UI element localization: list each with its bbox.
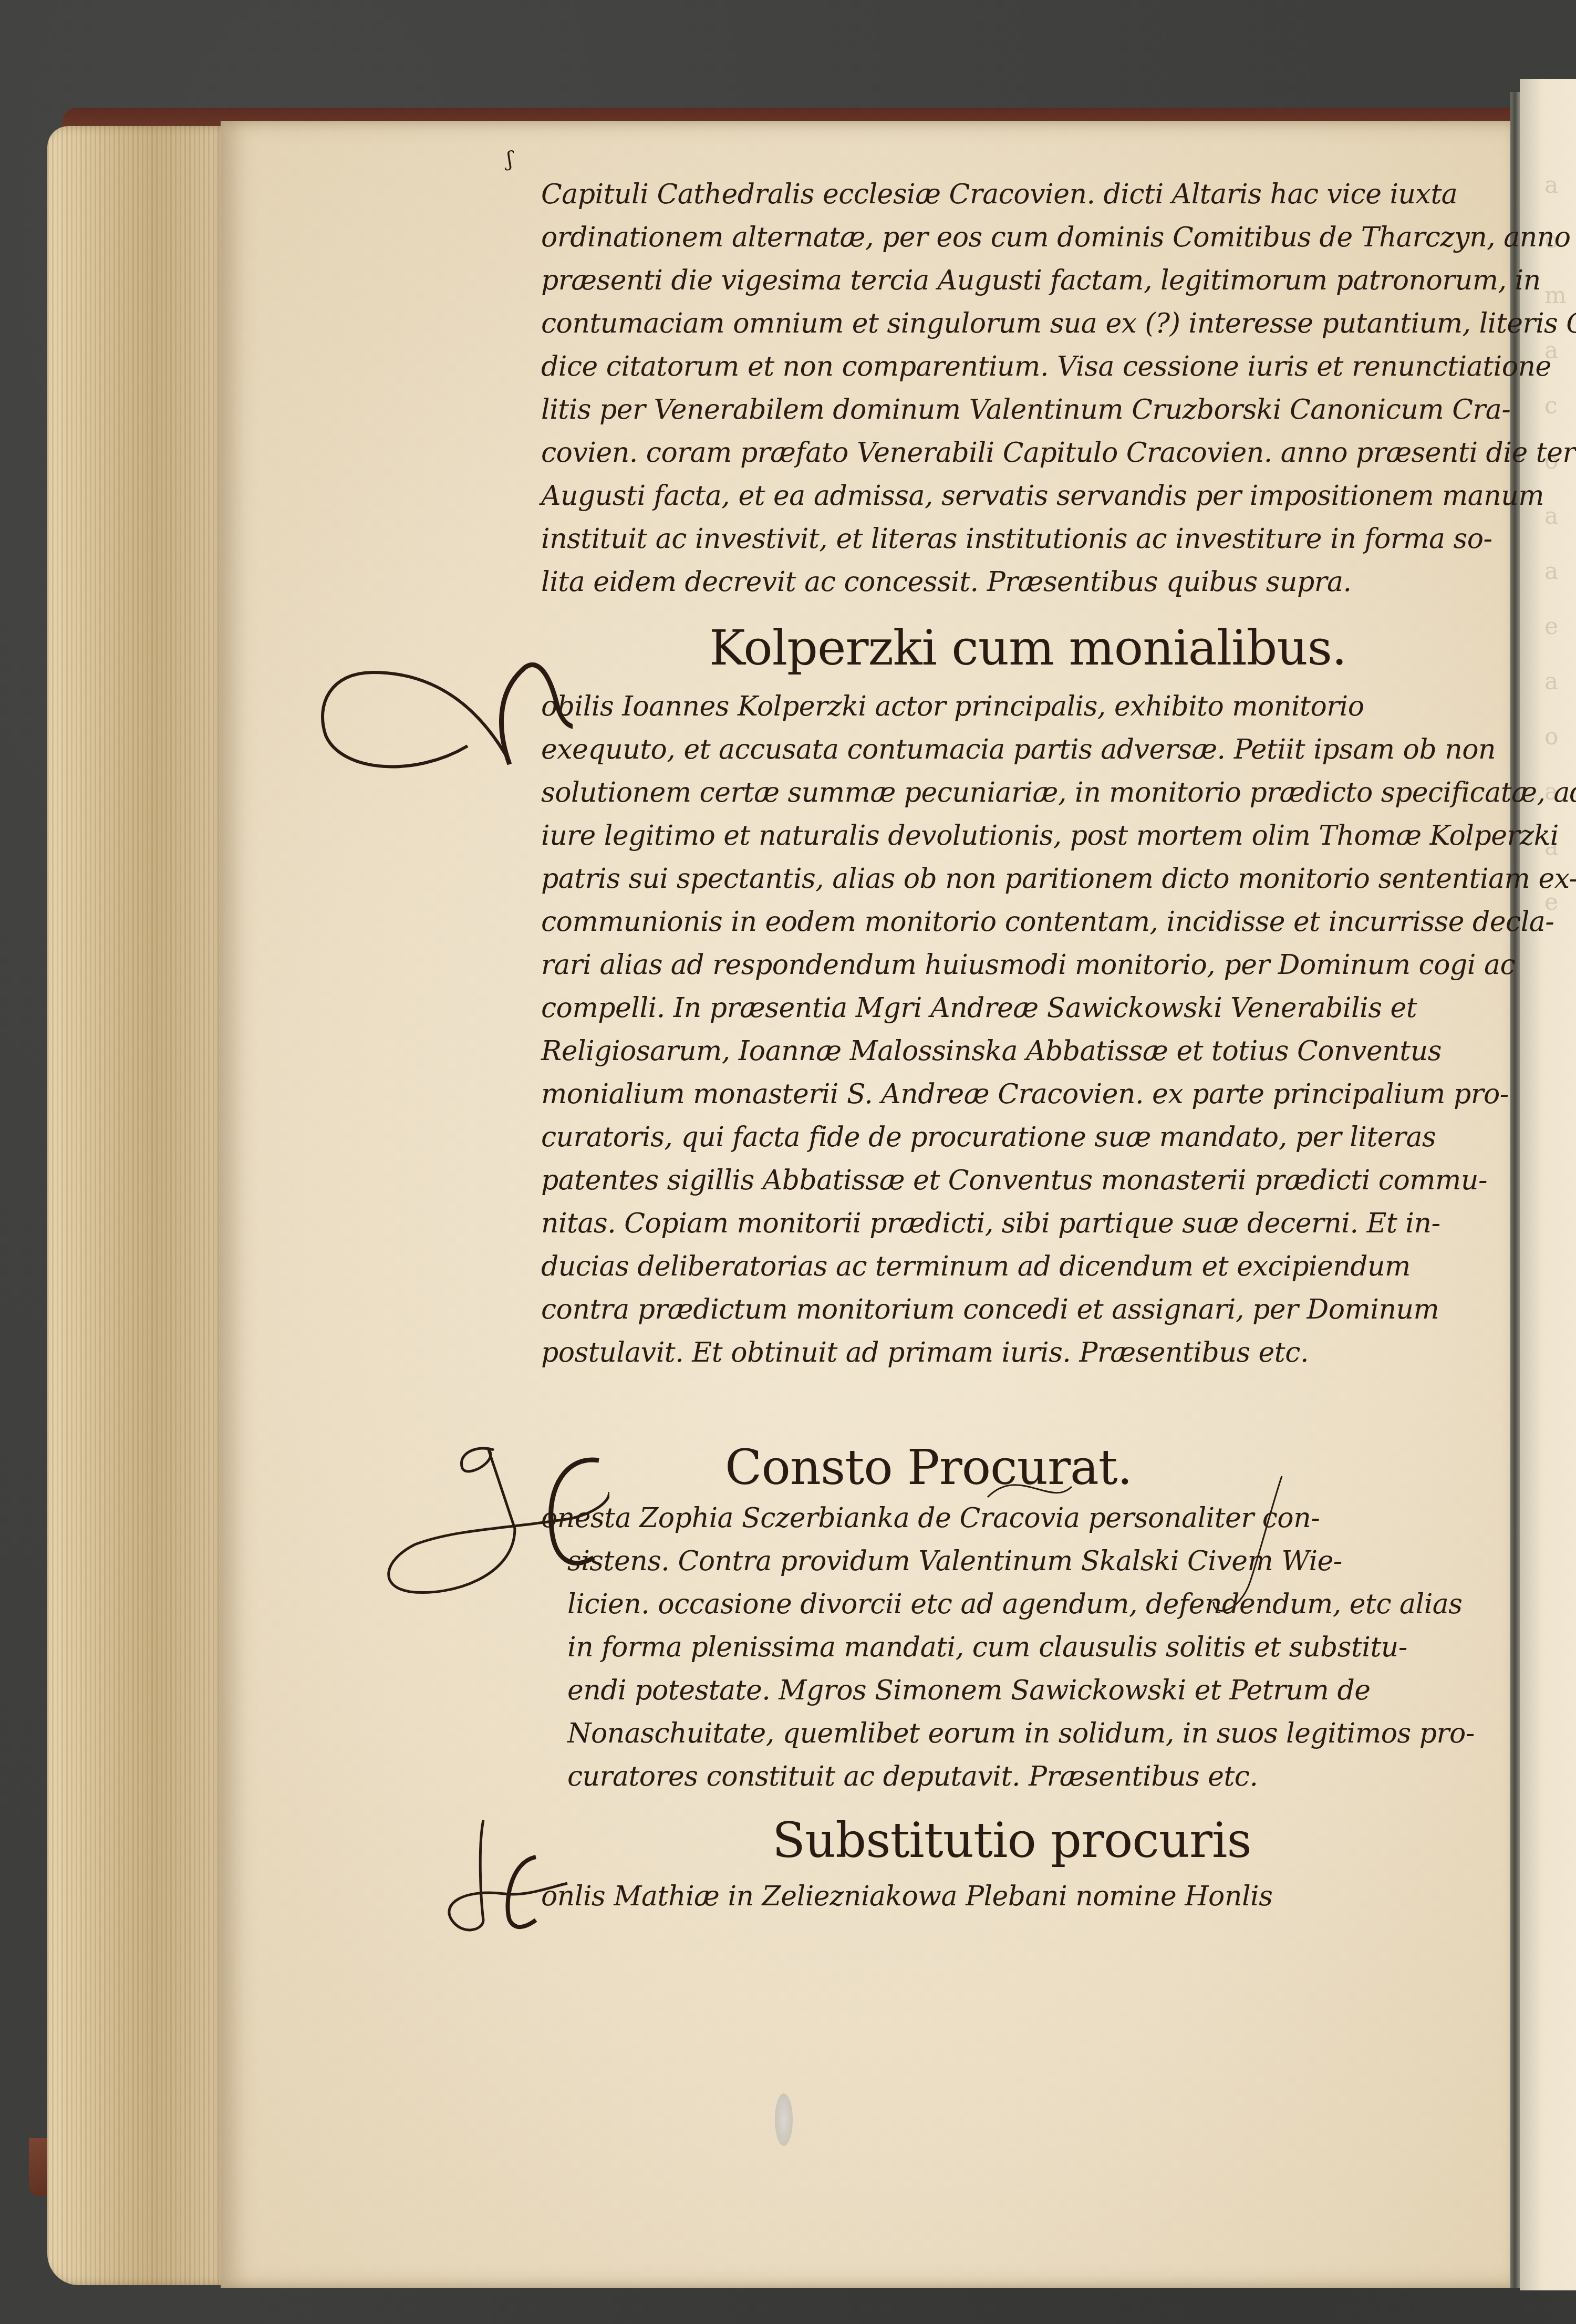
paper-blemish — [775, 2093, 793, 2146]
text-line: sistens. Contra providum Valentinum Skal… — [567, 1545, 1342, 1577]
text-line: compelli. In præsentia Mgri Andreæ Sawic… — [541, 992, 1417, 1024]
text-line: patris sui spectantis, alias ob non pari… — [541, 863, 1576, 895]
text-line: ducias deliberatorias ac terminum ad dic… — [541, 1251, 1411, 1282]
text-line: rari alias ad respondendum huiusmodi mon… — [541, 949, 1515, 981]
text-line: Augusti facta, et ea admissa, servatis s… — [541, 480, 1544, 512]
text-line: covien. coram præfato Venerabili Capitul… — [541, 437, 1576, 469]
text-line: onesta Zophia Sczerbianka de Cracovia pe… — [541, 1502, 1320, 1534]
text-line: exequuto, et accusata contumacia partis … — [541, 734, 1496, 765]
text-line: monialium monasterii S. Andreæ Cracovien… — [541, 1078, 1509, 1110]
text-line: in forma plenissima mandati, cum clausul… — [567, 1632, 1407, 1663]
text-line: ordinationem alternatæ, per eos cum domi… — [541, 222, 1570, 253]
text-line: Religiosarum, Ioannæ Malossinska Abbatis… — [541, 1035, 1442, 1067]
ink-mark: ʃ — [507, 147, 513, 171]
text-line: dice citatorum et non comparentium. Visa… — [541, 351, 1551, 382]
text-line: Capituli Cathedralis ecclesiæ Cracovien.… — [541, 179, 1457, 210]
text-line: patentes sigillis Abbatissæ et Conventus… — [541, 1165, 1487, 1196]
text-line: nitas. Copiam monitorii prædicti, sibi p… — [541, 1208, 1440, 1239]
text-line: communionis in eodem monitorio contentam… — [541, 906, 1554, 938]
text-line: contra prædictum monitorium concedi et a… — [541, 1294, 1439, 1325]
text-line: obilis Ioannes Kolperzki actor principal… — [541, 691, 1364, 722]
text-line: curatores constituit ac deputavit. Præse… — [567, 1761, 1258, 1792]
text-line: endi potestate. Mgros Simonem Sawickowsk… — [567, 1675, 1371, 1706]
text-line: postulavit. Et obtinuit ad primam iuris.… — [541, 1337, 1309, 1368]
text-line: licien. occasione divorcii etc ad agendu… — [567, 1589, 1463, 1620]
text-line: curatoris, qui facta fide de procuration… — [541, 1122, 1436, 1153]
text-line: Nonaschuitate, quemlibet eorum in solidu… — [567, 1718, 1475, 1749]
section-heading: Consto Procurat. — [725, 1439, 1132, 1496]
text-line: præsenti die vigesima tercia Augusti fac… — [541, 265, 1541, 296]
text-line: instituit ac investivit, et literas inst… — [541, 523, 1492, 555]
text-line: solutionem certæ summæ pecuniariæ, in mo… — [541, 777, 1576, 808]
text-line: iure legitimo et naturalis devolutionis,… — [541, 820, 1559, 852]
page-fore-edge — [47, 126, 226, 2285]
text-line: litis per Venerabilem dominum Valentinum… — [541, 394, 1510, 426]
section-heading: Kolperzki cum monialibus. — [709, 620, 1346, 676]
text-line: lita eidem decrevit ac concessit. Præsen… — [541, 566, 1352, 598]
page-gutter — [1510, 92, 1520, 2288]
text-line: onlis Mathiæ in Zeliezniakowa Plebani no… — [541, 1881, 1272, 1912]
text-line: contumaciam omnium et singulorum sua ex … — [541, 308, 1576, 339]
section-heading: Substitutio procuris — [772, 1812, 1251, 1869]
